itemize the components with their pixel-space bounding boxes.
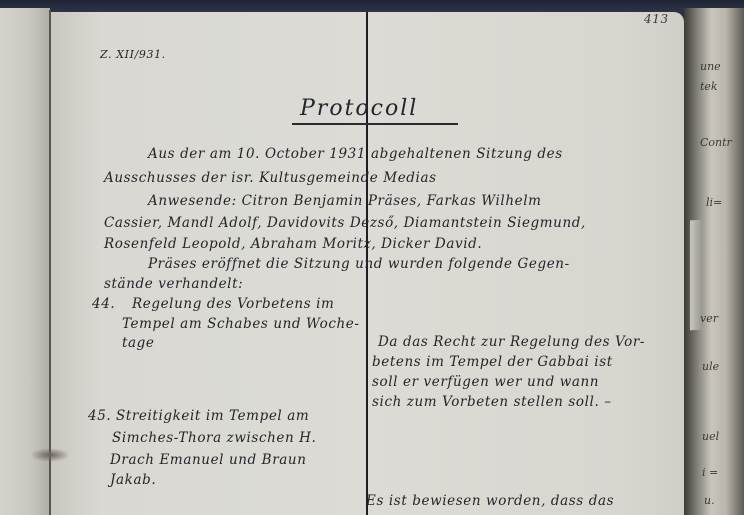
item-45-subject-line-2: Simches-Thora zwischen H. <box>112 430 316 446</box>
item-45-subject-line-4: Jakab. <box>110 472 156 488</box>
item-45-subject-line-3: Drach Emanuel und Braun <box>110 452 307 468</box>
item-45-subject-line-1: Streitigkeit im Tempel am <box>116 408 309 424</box>
item-44-decision-line-2: betens im Tempel der Gabbai ist <box>372 354 613 370</box>
adjacent-fragment: Contr <box>700 136 732 149</box>
opening-line-1: Präses eröffnet die Sitzung und wurden f… <box>148 256 570 272</box>
present-line-3: Rosenfeld Leopold, Abraham Moritz, Dicke… <box>104 236 482 252</box>
intro-line-2: Ausschusses der isr. Kultusgemeinde Medi… <box>104 170 437 186</box>
page-number: 413 <box>644 12 669 26</box>
adjacent-fragment: li= <box>706 196 722 209</box>
present-line-1: Anwesende: Citron Benjamin Präses, Farka… <box>148 193 542 209</box>
title-underline <box>292 123 458 125</box>
opening-line-2: stände verhandelt: <box>104 276 243 292</box>
adjacent-fragment: i = <box>702 466 718 479</box>
intro-line-1: Aus der am 10. October 1931 abgehaltenen… <box>148 146 563 162</box>
book-top-edge <box>0 0 744 12</box>
item-44-decision-line-3: soll er verfügen wer und wann <box>372 374 599 390</box>
item-44-subject-line-1: Regelung des Vorbetens im <box>132 296 334 312</box>
page-fold-mark <box>30 448 70 462</box>
adjacent-fragment: tek <box>700 80 718 93</box>
item-44-number: 44. <box>92 296 115 312</box>
adjacent-fragment: ule <box>702 360 719 373</box>
item-44-decision-line-4: sich zum Vorbeten stellen soll. – <box>372 394 612 410</box>
item-44-subject-line-2: Tempel am Schabes und Woche- <box>122 316 360 332</box>
reference-number: Z. XII/931. <box>100 48 166 61</box>
present-line-2: Cassier, Mandl Adolf, Davidovits Dezső, … <box>104 215 586 231</box>
adjacent-fragment: uel <box>702 430 719 443</box>
adjacent-fragment: u. <box>704 494 715 507</box>
item-44-subject-line-3: tage <box>122 335 155 351</box>
left-page-edge <box>0 8 50 515</box>
page-title: Protocoll <box>300 96 418 121</box>
item-45-number: 45. <box>88 408 111 424</box>
item-45-decision-line-1: Es ist bewiesen worden, dass das <box>366 493 614 509</box>
adjacent-fragment: ver <box>700 312 718 325</box>
item-44-decision-line-1: Da das Recht zur Regelung des Vor- <box>378 334 645 350</box>
adjacent-fragment: une <box>700 60 721 73</box>
